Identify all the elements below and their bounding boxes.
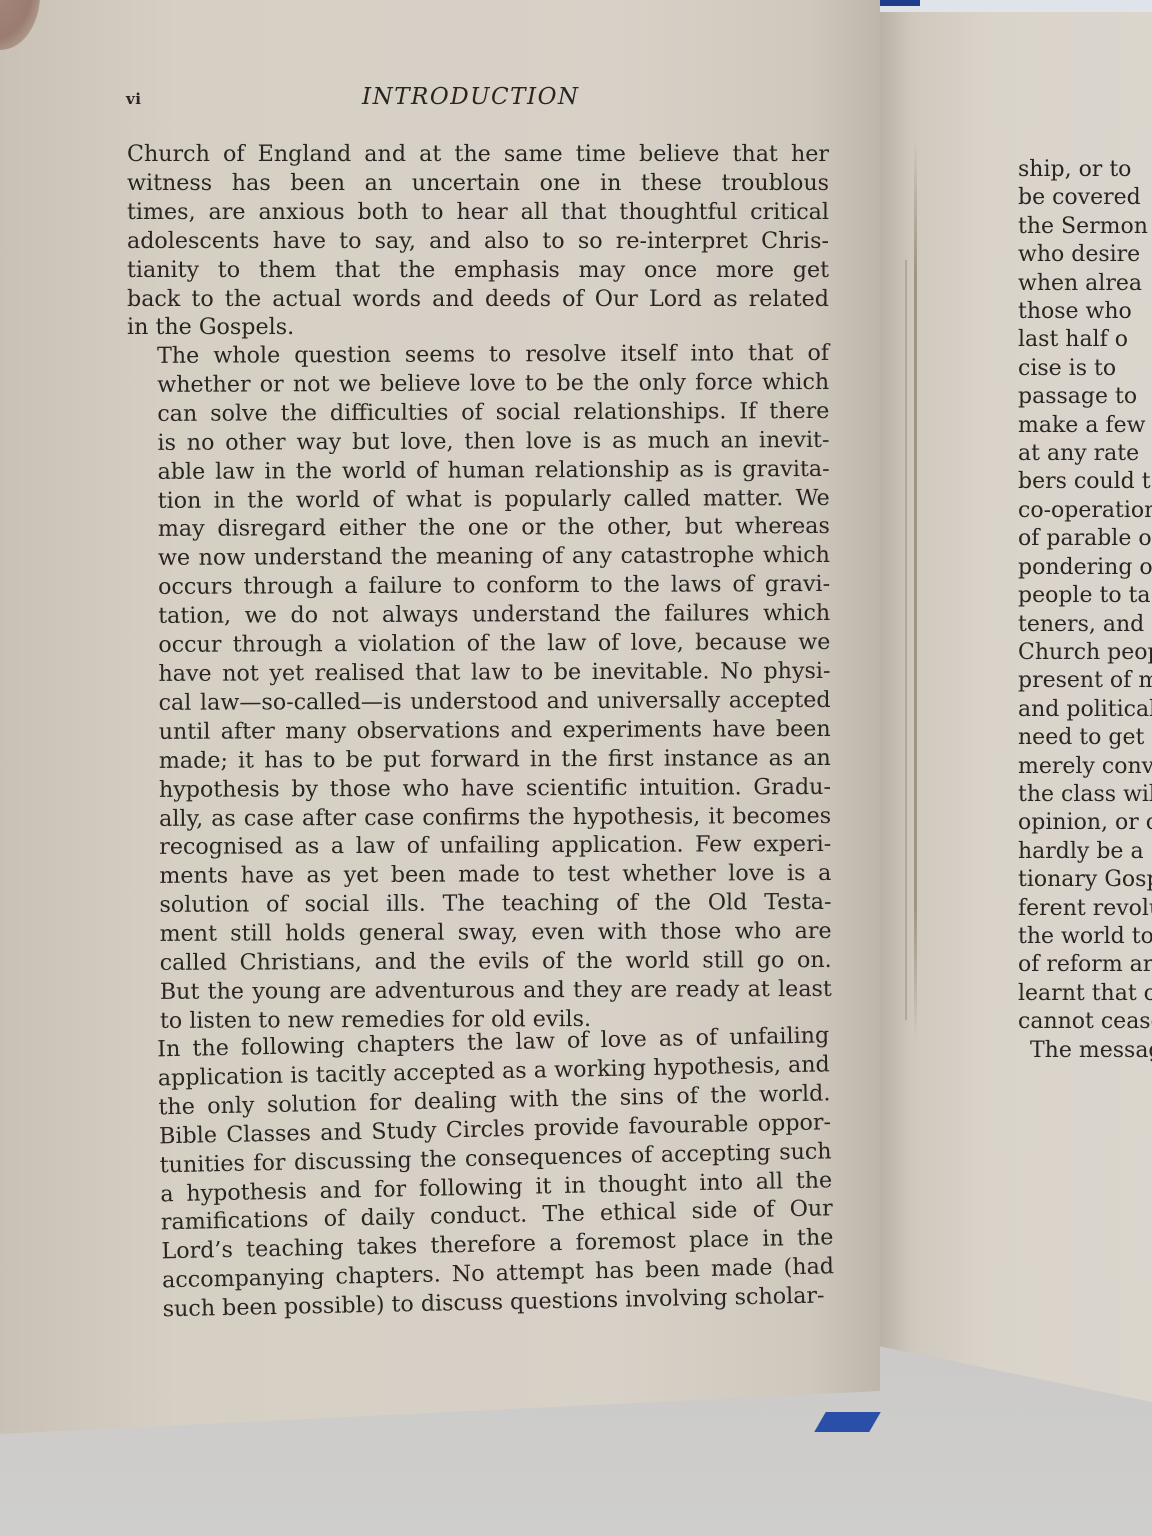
text-line: teners, and (1018, 611, 1152, 639)
text-line: But the young are adventurous and they a… (160, 975, 832, 1007)
text-line: we now understand the meaning of any cat… (158, 542, 830, 574)
text-line: the world to-d (1018, 923, 1152, 951)
text-line: bers could t (1018, 468, 1152, 496)
text-line: last half o (1018, 326, 1152, 354)
text-line: people to ta (1018, 582, 1152, 610)
running-head: vi INTRODUCTION (126, 84, 826, 114)
text-line: opinion, or o (1018, 809, 1152, 837)
text-line: in the Gospels. (127, 313, 829, 342)
text-line: tation, we do not always understand the … (158, 599, 830, 631)
text-line: co-operation (1018, 497, 1152, 525)
text-line: able law in the world of human relations… (158, 455, 830, 487)
text-line: Church peop (1018, 639, 1152, 667)
text-line: at any rate (1018, 440, 1152, 468)
text-line: until after many observations and experi… (159, 715, 831, 747)
book-cover-blue-bottom (814, 1412, 881, 1432)
text-line: the class will (1018, 781, 1152, 809)
text-line: back to the actual words and deeds of Ou… (127, 285, 829, 314)
page-number: vi (126, 90, 141, 108)
text-line: occurs through a failure to conform to t… (158, 571, 830, 603)
text-line: witness has been an uncertain one in the… (127, 169, 829, 198)
text-line: cannot cease. (1018, 1008, 1152, 1036)
text-line: called Christians, and the evils of the … (160, 946, 832, 978)
paragraph-3: In the following chapters the law of lov… (127, 1021, 835, 1325)
text-line: ments have as yet been made to test whet… (159, 860, 831, 892)
text-line: of reform are (1018, 951, 1152, 979)
text-line: of parable o (1018, 525, 1152, 553)
text-line: recognised as a law of unfailing applica… (159, 831, 831, 863)
text-line: made; it has to be put forward in the fi… (159, 744, 831, 776)
text-line: be covered (1018, 184, 1152, 212)
text-line: hypothesis by those who have scientific … (159, 773, 831, 805)
text-line: pondering o (1018, 554, 1152, 582)
text-line: make a few (1018, 412, 1152, 440)
text-line: need to get a (1018, 724, 1152, 752)
right-page-body: ship, or tobe coveredthe Sermonwho desir… (1018, 156, 1152, 1065)
text-line: those who (1018, 298, 1152, 326)
text-line: ment still holds general sway, even with… (160, 917, 832, 949)
text-line: passage to (1018, 383, 1152, 411)
paragraph-1: Church of England and at the same time b… (127, 140, 829, 342)
text-line: times, are anxious both to hear all that… (127, 198, 829, 227)
text-line: tion in the world of what is popularly c… (158, 484, 830, 516)
text-line: solution of social ills. The teaching of… (159, 888, 831, 920)
text-line: and political (1018, 696, 1152, 724)
text-line: The message (1018, 1037, 1152, 1065)
text-line: adolescents have to say, and also to so … (127, 227, 829, 256)
text-line: is no other way but love, then love is a… (157, 426, 829, 458)
left-page-body: Church of England and at the same time b… (127, 140, 829, 1325)
text-line: whether or not we believe love to be the… (157, 368, 829, 400)
text-line: ally, as case after case confirms the hy… (159, 802, 831, 834)
text-line: merely conve (1018, 753, 1152, 781)
text-line: ferent revolut (1018, 895, 1152, 923)
gutter-binding (914, 140, 917, 1040)
text-line: present of m (1018, 667, 1152, 695)
text-line: cise is to (1018, 355, 1152, 383)
text-line: The whole question seems to resolve itse… (157, 339, 829, 371)
text-line: who desire (1018, 241, 1152, 269)
paragraph-2: The whole question seems to resolve itse… (127, 339, 832, 1036)
text-line: occur through a violation of the law of … (158, 628, 830, 660)
text-line: tionary Gospe (1018, 866, 1152, 894)
text-line: the Sermon (1018, 213, 1152, 241)
text-line: hardly be a (1018, 838, 1152, 866)
text-line: can solve the difficulties of social rel… (157, 397, 829, 429)
text-line: tianity to them that the emphasis may on… (127, 256, 829, 285)
text-line: cal law—so-called—is understood and univ… (159, 686, 831, 718)
text-line: learnt that old (1018, 980, 1152, 1008)
text-line: may disregard either the one or the othe… (158, 513, 830, 545)
text-line: Church of England and at the same time b… (127, 140, 829, 169)
text-line: ship, or to (1018, 156, 1152, 184)
gutter-binding-fold (905, 260, 907, 1020)
text-line: when alrea (1018, 270, 1152, 298)
text-line: have not yet realised that law to be ine… (158, 657, 830, 689)
running-title: INTRODUCTION (362, 84, 580, 110)
